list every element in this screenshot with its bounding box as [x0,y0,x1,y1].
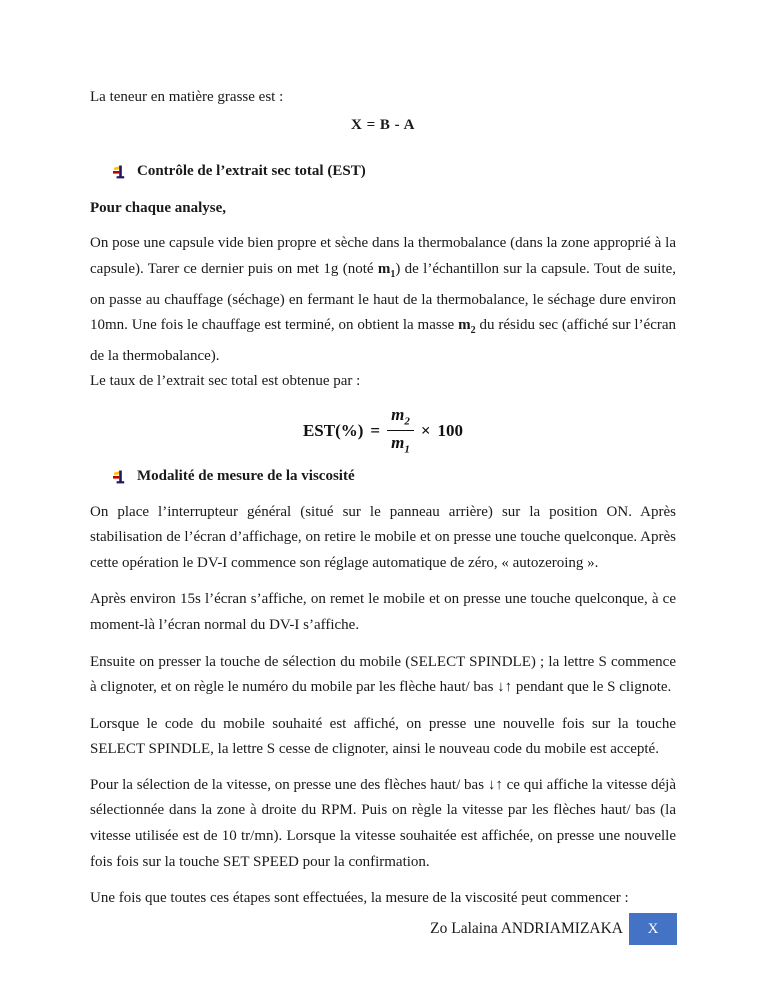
formula-hundred: 100 [438,421,464,441]
paragraph-thermobalance: On pose une capsule vide bien propre et … [90,231,676,369]
document-page: La teneur en matière grasse est : X = B … [0,0,765,990]
formula-fraction: m2 m1 [387,404,414,457]
formula-est-lhs: EST(%) [303,421,363,441]
intro-line: La teneur en matière grasse est : [90,85,676,111]
section-header-viscosite: Modalité de mesure de la viscosité [113,464,676,490]
fraction-denominator: m1 [387,431,414,457]
paragraph-selection-vitesse: Pour la sélection de la vitesse, on pres… [90,773,676,875]
section-title-est: Contrôle de l’extrait sec total (EST) [137,159,366,185]
paragraph-interrupteur: On place l’interrupteur général (situé s… [90,500,676,577]
paragraph-select-spindle: Ensuite on presser la touche de sélectio… [90,650,676,701]
formula-equals-sign: = [370,421,380,441]
formula-times-sign: × [421,421,431,441]
bold-lead-line: Pour chaque analyse, [90,196,676,222]
page-footer: Zo Lalaina ANDRIAMIZAKA X [430,913,677,945]
fraction-numerator: m2 [387,404,414,431]
section-title-viscosite: Modalité de mesure de la viscosité [137,464,355,490]
multicolor-plus-bullet-icon [113,164,127,180]
formula-x-equals-b-minus-a: X = B - A [90,113,676,139]
m2-symbol: m2 [458,317,476,333]
section-header-est: Contrôle de l’extrait sec total (EST) [113,159,676,185]
formula-est-percentage: EST(%) = m2 m1 × 100 [90,403,676,459]
paragraph-ecran-15s: Après environ 15s l’écran s’affiche, on … [90,587,676,638]
paragraph-code-mobile: Lorsque le code du mobile souhaité est a… [90,712,676,763]
multicolor-plus-bullet-icon [113,469,127,485]
footer-author-name: Zo Lalaina ANDRIAMIZAKA [430,920,623,938]
taux-line: Le taux de l’extrait sec total est obten… [90,369,676,395]
page-number-field: X [629,913,677,945]
paragraph-mesure-commencer: Une fois que toutes ces étapes sont effe… [90,886,676,912]
m1-symbol: m1 [378,261,396,277]
